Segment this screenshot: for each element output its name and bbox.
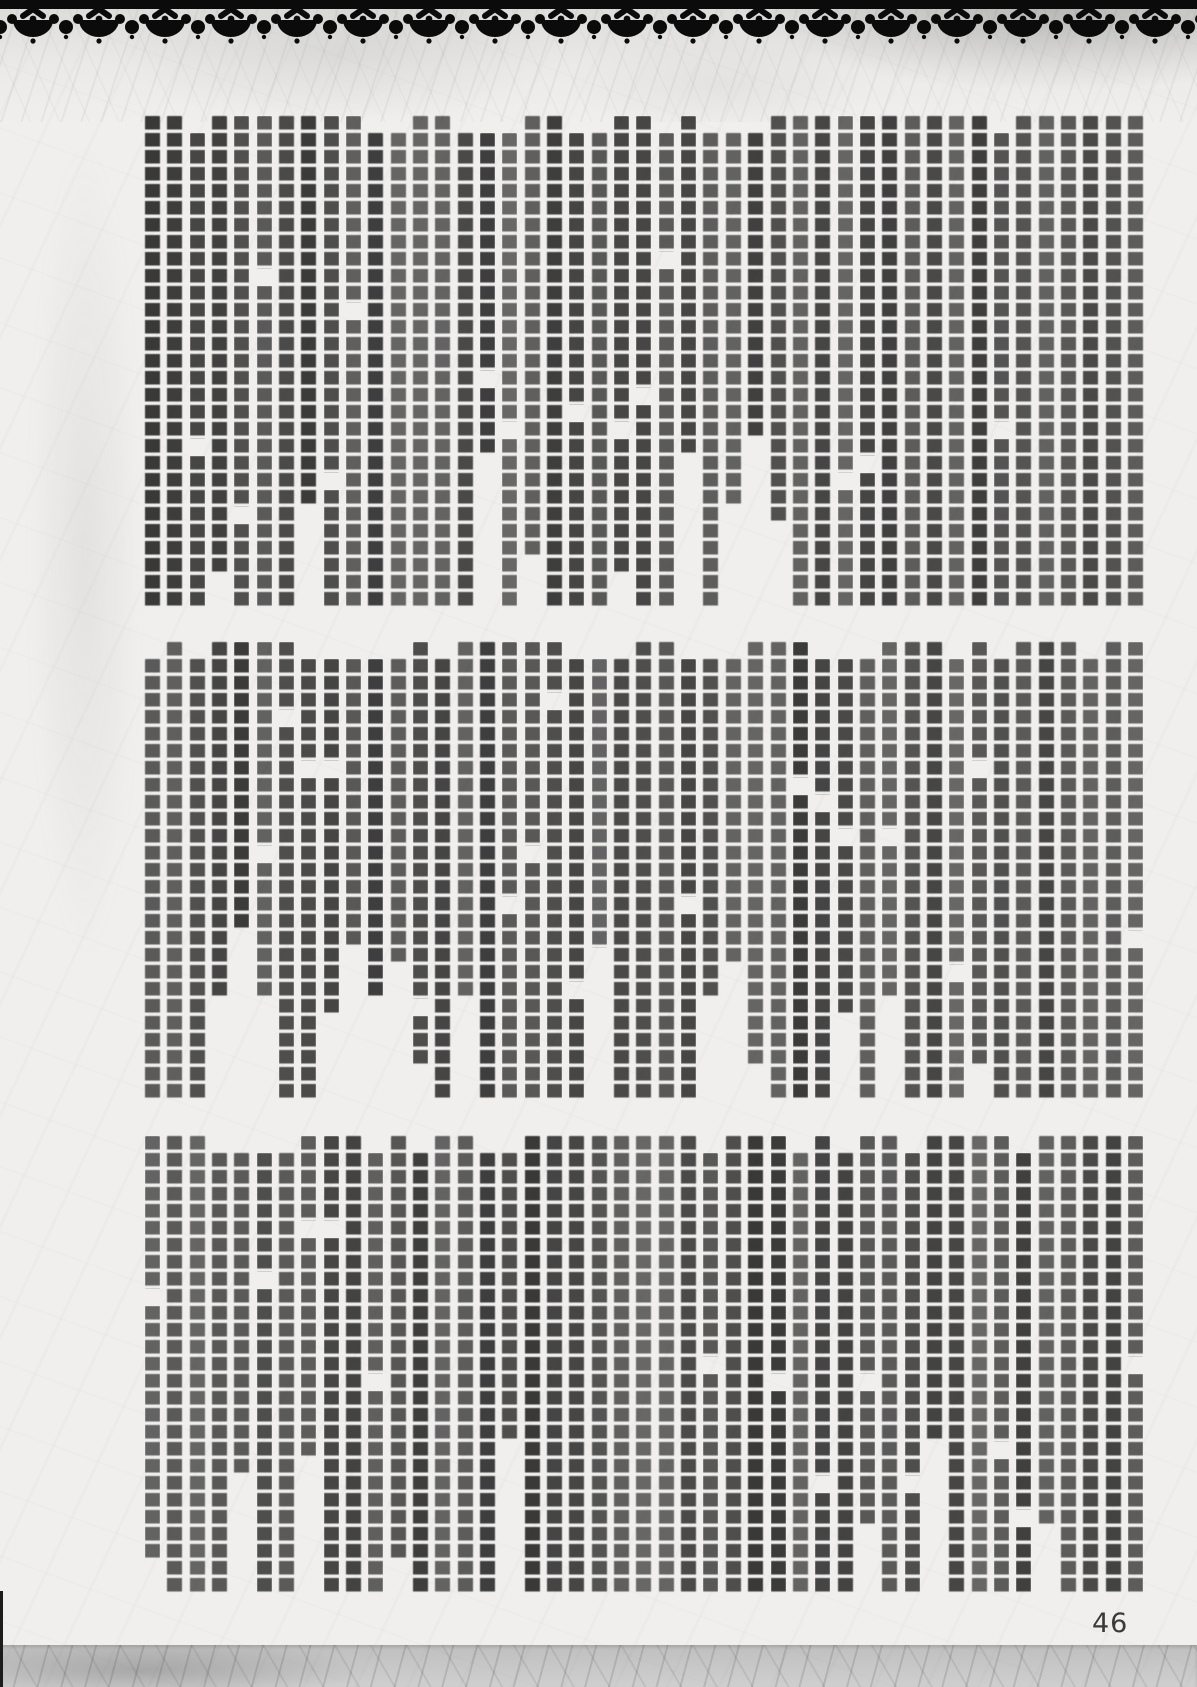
text-column xyxy=(569,133,584,609)
text-column xyxy=(167,116,182,609)
text-column xyxy=(793,116,808,609)
text-column xyxy=(1083,116,1098,609)
text-column xyxy=(458,133,473,609)
text-column xyxy=(949,659,964,1101)
text-column xyxy=(1106,1136,1121,1595)
text-column xyxy=(413,116,428,609)
text-column xyxy=(592,133,607,609)
text-column xyxy=(458,1136,473,1595)
text-column xyxy=(838,1153,853,1595)
text-column xyxy=(257,116,272,609)
text-column xyxy=(368,133,383,609)
book-page: 46 xyxy=(0,0,1197,1687)
text-column xyxy=(636,642,651,1101)
text-column xyxy=(502,1153,517,1442)
text-column xyxy=(435,116,450,609)
text-column xyxy=(1128,642,1143,1101)
text-column xyxy=(614,116,629,575)
text-column xyxy=(838,116,853,609)
text-column xyxy=(435,1136,450,1595)
text-column xyxy=(279,116,294,609)
text-column xyxy=(145,1136,160,1561)
text-column xyxy=(301,116,316,507)
text-column xyxy=(838,659,853,1016)
text-column xyxy=(994,133,1009,609)
text-column xyxy=(860,116,875,609)
text-column xyxy=(815,659,830,1101)
text-column xyxy=(949,1136,964,1595)
text-column xyxy=(391,133,406,609)
text-column xyxy=(681,659,696,1101)
text-column xyxy=(882,116,897,609)
text-column xyxy=(525,1136,540,1595)
text-band-1 xyxy=(133,116,1143,609)
text-column xyxy=(1106,116,1121,609)
text-column xyxy=(279,1153,294,1595)
text-column xyxy=(592,1136,607,1595)
text-column xyxy=(905,1153,920,1595)
paper-smudge-left xyxy=(30,140,140,960)
text-column xyxy=(703,1153,718,1595)
text-column xyxy=(1128,1136,1143,1595)
text-column xyxy=(726,659,741,965)
lace-border-icon xyxy=(0,0,1197,46)
text-column xyxy=(547,116,562,609)
text-column xyxy=(860,659,875,1101)
text-column xyxy=(547,642,562,1101)
text-column xyxy=(972,642,987,1067)
text-column xyxy=(324,116,339,609)
text-column xyxy=(927,116,942,609)
text-column xyxy=(1061,116,1076,609)
text-column xyxy=(569,659,584,1101)
text-column xyxy=(972,1136,987,1595)
text-column xyxy=(190,659,205,1101)
text-column xyxy=(167,1136,182,1595)
text-column xyxy=(726,1136,741,1595)
text-column xyxy=(748,642,763,1067)
text-column xyxy=(257,1153,272,1595)
paper-texture-bottom xyxy=(0,1645,1197,1687)
text-column xyxy=(659,642,674,1101)
text-column xyxy=(703,133,718,609)
text-column xyxy=(659,133,674,609)
text-column xyxy=(1128,116,1143,609)
text-column xyxy=(368,1153,383,1595)
text-column xyxy=(681,1136,696,1595)
text-column xyxy=(636,1136,651,1595)
text-column xyxy=(234,642,249,931)
text-column xyxy=(1039,1136,1054,1527)
text-column xyxy=(815,1136,830,1595)
text-column xyxy=(212,1153,227,1595)
text-column xyxy=(771,1136,786,1595)
text-column xyxy=(167,642,182,1101)
text-column xyxy=(793,1153,808,1595)
text-column xyxy=(1039,642,1054,1101)
text-column xyxy=(413,1153,428,1595)
text-column xyxy=(703,659,718,999)
text-column xyxy=(659,1136,674,1595)
text-column xyxy=(1061,642,1076,1101)
text-column xyxy=(771,116,786,524)
text-column xyxy=(502,133,517,609)
text-column xyxy=(614,659,629,1101)
text-column xyxy=(748,133,763,439)
text-column xyxy=(547,1136,562,1595)
text-column xyxy=(190,133,205,609)
text-column xyxy=(905,116,920,609)
text-column xyxy=(927,642,942,1101)
text-column xyxy=(748,1136,763,1595)
text-column xyxy=(212,116,227,575)
text-column xyxy=(1039,116,1054,609)
text-column xyxy=(681,116,696,456)
text-column xyxy=(257,642,272,999)
text-band-2 xyxy=(133,642,1143,1101)
text-column xyxy=(771,642,786,1101)
text-column xyxy=(145,659,160,1101)
text-column xyxy=(1083,1136,1098,1595)
text-column xyxy=(636,116,651,609)
text-column xyxy=(569,1136,584,1595)
text-column xyxy=(1016,1153,1031,1595)
text-column xyxy=(324,1136,339,1595)
text-column xyxy=(525,116,540,558)
text-column xyxy=(368,659,383,999)
text-column xyxy=(301,1136,316,1459)
text-column xyxy=(1083,659,1098,1101)
page-number: 46 xyxy=(1092,1608,1128,1639)
text-column xyxy=(234,116,249,609)
text-column xyxy=(994,1136,1009,1595)
text-column xyxy=(860,1136,875,1527)
text-column xyxy=(726,133,741,507)
text-column xyxy=(1106,642,1121,1101)
text-column xyxy=(413,642,428,1067)
text-column xyxy=(458,642,473,999)
scan-edge-mark xyxy=(0,1591,3,1687)
text-column xyxy=(190,1136,205,1595)
text-column xyxy=(614,1136,629,1595)
text-column xyxy=(994,659,1009,1101)
text-column xyxy=(391,1136,406,1561)
text-column xyxy=(435,659,450,1101)
text-column xyxy=(301,659,316,1101)
text-column xyxy=(346,659,361,948)
text-column xyxy=(279,642,294,1101)
text-column xyxy=(815,116,830,609)
text-column xyxy=(346,116,361,609)
text-column xyxy=(212,642,227,999)
text-column xyxy=(972,116,987,609)
text-band-3 xyxy=(133,1136,1143,1595)
text-column xyxy=(592,659,607,965)
text-column xyxy=(882,642,897,999)
text-column xyxy=(391,659,406,965)
text-column xyxy=(502,642,517,1101)
text-column xyxy=(1061,1136,1076,1595)
text-column xyxy=(480,642,495,1101)
text-column xyxy=(927,1136,942,1442)
text-column xyxy=(1016,642,1031,1101)
text-column xyxy=(145,116,160,609)
text-column xyxy=(324,659,339,1016)
text-column xyxy=(882,1136,897,1595)
text-column xyxy=(480,133,495,456)
text-column xyxy=(793,642,808,1101)
text-column xyxy=(480,1153,495,1595)
text-column xyxy=(949,116,964,609)
text-column xyxy=(234,1153,249,1476)
text-column xyxy=(346,1136,361,1595)
text-column xyxy=(905,642,920,1101)
text-column xyxy=(1016,116,1031,609)
text-column xyxy=(525,642,540,1101)
